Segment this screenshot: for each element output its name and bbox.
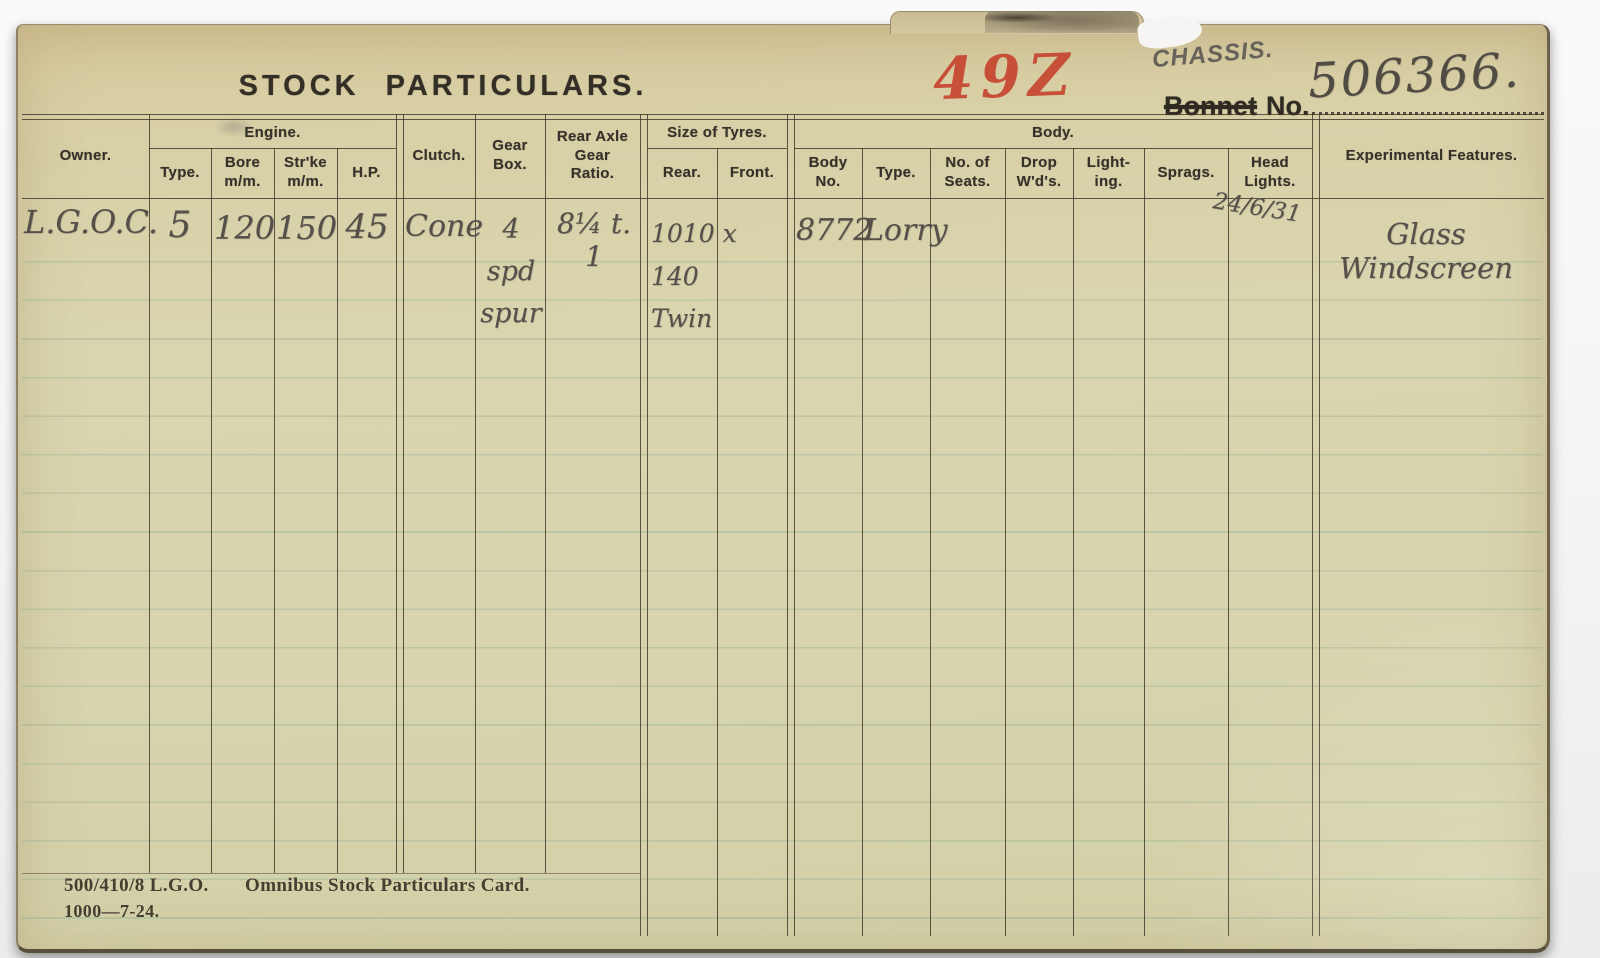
- header-body-no: Body No.: [794, 150, 862, 196]
- grid-line-horizontal: [22, 114, 1544, 115]
- header-seats: No. of Seats.: [930, 150, 1005, 196]
- header-clutch: Clutch.: [403, 116, 475, 196]
- bonnet-label-struck: Bonnet: [1164, 93, 1257, 120]
- grid-line-vertical: [545, 114, 546, 873]
- header-drop-windows: Drop W'd's.: [1005, 150, 1073, 196]
- footer-print-code: 1000—7-24.: [64, 902, 160, 920]
- header-gear-box: Gear Box.: [475, 116, 545, 196]
- header-lighting: Light- ing.: [1073, 150, 1144, 196]
- header-body-type: Type.: [862, 150, 930, 196]
- cell-stroke: 150: [276, 209, 336, 247]
- header-group-tyres: Size of Tyres.: [647, 120, 787, 146]
- stock-card: STOCK PARTICULARS. 49Z CHASSIS. Bonnet N…: [16, 24, 1550, 953]
- cell-owner: L.G.O.C.: [24, 203, 148, 241]
- tape-stain: [985, 11, 1139, 33]
- cell-body-no: 8772: [796, 213, 862, 248]
- cell-body-type: Lorry: [864, 213, 946, 248]
- grid-line-vertical: [862, 148, 863, 936]
- grid-line-vertical: [930, 148, 931, 936]
- grid-line-horizontal: [22, 198, 1544, 199]
- footer-line1: 500/410/8 L.G.O. Omnibus Stock Particula…: [64, 876, 530, 895]
- grid-line-vertical: [647, 114, 648, 936]
- grid-line-vertical: [640, 114, 641, 936]
- header-experimental: Experimental Features.: [1319, 116, 1544, 196]
- cell-gear-box: 4 spd spur: [477, 209, 545, 335]
- header-stroke: Str'ke m/m.: [274, 150, 337, 196]
- fleet-code-handwritten: 49Z: [932, 44, 1124, 109]
- grid-line-vertical: [1228, 148, 1229, 936]
- header-group-engine: Engine.: [149, 120, 396, 146]
- header-rear-axle-ratio: Rear Axle Gear Ratio.: [545, 116, 640, 196]
- cell-hp: 45: [339, 207, 395, 247]
- serial-number-handwritten: 506366.: [1307, 44, 1559, 105]
- footer-card-name: Omnibus Stock Particulars Card.: [245, 875, 530, 896]
- card-title: STOCK PARTICULARS.: [188, 71, 698, 103]
- grid-line-vertical: [274, 148, 275, 873]
- header-hp: H.P.: [337, 150, 396, 196]
- header-bore: Bore m/m.: [211, 150, 274, 196]
- cell-tyres: 1010 x 140 Twin: [651, 213, 789, 341]
- cell-experimental: Glass Windscreen: [1306, 217, 1546, 285]
- header-tyre-front: Front.: [717, 150, 787, 196]
- no-label: No.: [1266, 93, 1310, 120]
- grid-line-vertical: [1073, 148, 1074, 936]
- header-engine-type: Type.: [149, 150, 211, 196]
- card-top-tab: [890, 11, 1144, 34]
- header-owner: Owner.: [22, 116, 149, 196]
- grid-line-vertical: [337, 148, 338, 873]
- header-group-body: Body.: [794, 120, 1312, 146]
- grid-line-vertical: [396, 114, 397, 873]
- cell-bore: 120: [214, 209, 274, 247]
- footer-form-ref: 500/410/8 L.G.O.: [64, 875, 209, 896]
- grid-line-vertical: [1144, 148, 1145, 936]
- header-tyre-rear: Rear.: [647, 150, 717, 196]
- cell-engine-type: 5: [151, 205, 209, 246]
- grid-line-vertical: [211, 148, 212, 873]
- header-head-lights: Head Lights.: [1228, 150, 1312, 196]
- cell-rear-axle-ratio: 8¼ t. 1: [548, 207, 640, 273]
- cell-clutch: Cone: [405, 209, 475, 244]
- photo-background: STOCK PARTICULARS. 49Z CHASSIS. Bonnet N…: [0, 0, 1600, 958]
- grid-line-vertical: [1005, 148, 1006, 936]
